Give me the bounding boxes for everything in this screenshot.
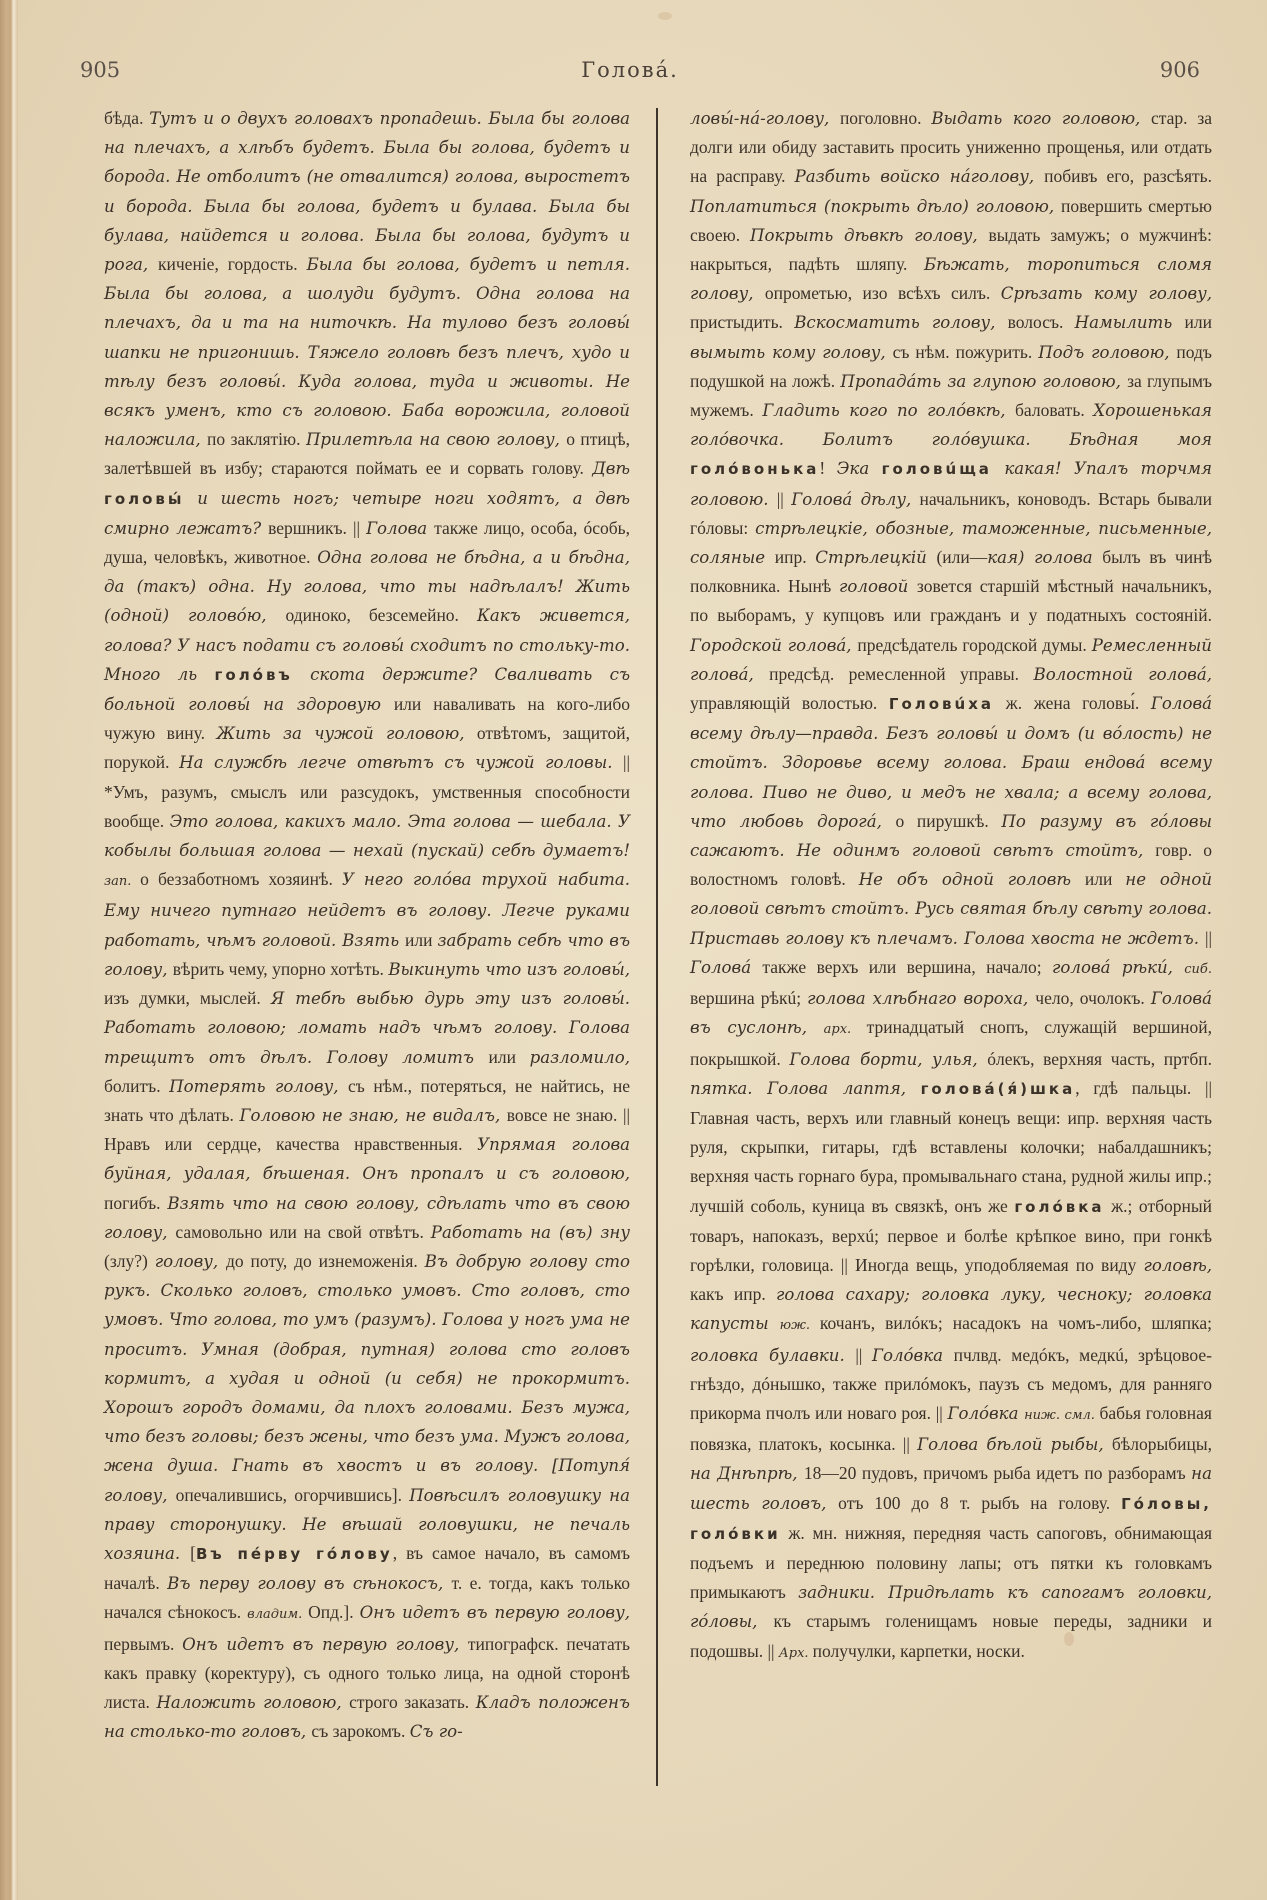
example-phrase: Подъ головою, <box>1038 343 1176 362</box>
example-phrase: разломило, <box>530 1048 630 1067</box>
example-phrase: Работать на (въ) зну <box>431 1223 630 1242</box>
definition-text: Опд.]. <box>308 1602 360 1622</box>
example-phrase: головá рѣкú, <box>1052 958 1184 977</box>
definition-text: предсѣдатель городской думы. <box>857 635 1091 655</box>
example-phrase: Въ перву голову въ сѣнокосъ, <box>167 1574 451 1593</box>
region-abbreviation: сиб. <box>1184 962 1212 977</box>
headword: голóвонька <box>690 460 819 478</box>
definition-text: бѣлорыбицы, <box>1112 1434 1212 1454</box>
definition-text: ж. жена головы́. <box>994 693 1151 713</box>
example-phrase: Двѣ <box>592 459 630 478</box>
example-phrase: Выдать кого головою, <box>931 109 1151 128</box>
definition-text: опечалившись, огорчившись]. <box>176 1485 410 1505</box>
definition-text: баловать. <box>1015 400 1093 420</box>
example-phrase: Не объ одной головѣ <box>859 870 1085 889</box>
definition-text: óлекъ, верхняя часть, <box>987 1049 1164 1069</box>
example-phrase: Была бы голова, будетъ и петля. Была бы … <box>104 255 630 449</box>
example-phrase: Поплатиться (покрыть дѣло) головою, <box>690 197 1061 216</box>
example-phrase: Жить за чужой головою, <box>217 724 477 743</box>
definition-text: одиноко, безсемейно. <box>285 605 477 625</box>
example-phrase: голову, <box>155 1252 226 1271</box>
left-column-text: бѣда. Тутъ и о двухъ головахъ пропадешь.… <box>104 104 630 1746</box>
definition-text: пртбп. <box>1164 1049 1212 1069</box>
example-phrase: Голова бѣлой рыбы, <box>917 1435 1112 1454</box>
headword: головы́ <box>104 490 185 508</box>
example-phrase: Голова <box>366 519 434 538</box>
definition-text: о беззаботномъ хозяинѣ. <box>140 869 342 889</box>
headword: головúща <box>882 460 992 478</box>
example-phrase: Наложить головою, <box>156 1693 349 1712</box>
definition-text: ! <box>819 458 836 478</box>
definition-text: или <box>488 1047 529 1067</box>
example-phrase: на Днѣпрѣ, <box>690 1464 804 1483</box>
running-title: Голова́. <box>80 58 1180 82</box>
example-phrase: головѣ, <box>1143 1256 1212 1275</box>
definition-text: по заклятію. <box>207 429 306 449</box>
definition-text: кичeнie, гордость. <box>158 254 307 274</box>
definition-text: || <box>1205 928 1212 948</box>
example-phrase: Стрѣлецкій <box>815 548 936 567</box>
headword: головá(я́)шка <box>921 1080 1076 1098</box>
example-phrase: На службѣ легче отвѣтъ съ чужой головы. <box>179 753 623 772</box>
definition-text: отъ 100 до 8 т. рыбъ на голову. <box>838 1493 1121 1513</box>
definition-text: вѣрить чему, упорно хотѣть. <box>173 959 389 979</box>
definition-text: поголовно. <box>840 108 931 128</box>
example-phrase: пятка. Голова лаптя, <box>690 1079 921 1098</box>
example-phrase: Головá дѣлу, <box>791 490 919 509</box>
page-binding-edge <box>0 0 18 1900</box>
definition-text: погибъ. <box>104 1193 167 1213</box>
example-phrase: кая) голова <box>987 548 1102 567</box>
definition-text: первымъ. <box>104 1634 182 1654</box>
definition-text: до поту, до изнеможенія. <box>226 1251 425 1271</box>
definition-text: вершникъ. || <box>268 518 366 538</box>
example-phrase: Пропадáть за глупою головою, <box>840 372 1127 391</box>
definition-text: съ нѣм. пожурить. <box>893 342 1039 362</box>
running-header: 905 Голова́. 906 <box>80 58 1180 90</box>
region-abbreviation: зап. <box>104 874 140 889</box>
region-abbreviation: ниж. смл. <box>1024 1408 1099 1423</box>
definition-text: съ зарокомъ. <box>311 1721 409 1741</box>
definition-text: 18—20 пудовъ, причомъ рыба идетъ по разб… <box>804 1463 1191 1483</box>
example-phrase: Въ добрую голову сто рукъ. Сколько голов… <box>104 1252 630 1505</box>
definition-text: также верхъ или вершина, начало; <box>762 957 1052 977</box>
definition-text: (или— <box>936 547 987 567</box>
right-column-text: ловы́-нá-голову, поголовно. Выдать кого … <box>690 104 1212 1668</box>
paper-stain <box>658 12 672 20</box>
example-phrase: Эка <box>837 459 882 478</box>
headword: голóвъ <box>215 666 293 684</box>
definition-text: (злу?) <box>104 1251 155 1271</box>
example-phrase: Покрыть дѣвкѣ голову, <box>750 226 989 245</box>
example-phrase: Разбить войско нáголову, <box>795 167 1045 186</box>
example-phrase: Городской головá, <box>690 636 857 655</box>
definition-text: какъ ипр. <box>690 1284 776 1304</box>
example-phrase: Потерять голову, <box>169 1077 348 1096</box>
example-phrase: Выкинуть что изъ головы́, <box>388 960 630 979</box>
left-column: бѣда. Тутъ и о двухъ головахъ пропадешь.… <box>104 104 630 1746</box>
example-phrase: Прилетѣла на свою голову, <box>306 430 566 449</box>
example-phrase: Головá <box>690 958 762 977</box>
headword: Головúха <box>889 695 994 713</box>
definition-text: || <box>855 1345 872 1365</box>
example-phrase: Головою не знаю, не видалъ, <box>239 1106 506 1125</box>
example-phrase: Онъ идетъ въ первую голову, <box>182 1635 468 1654</box>
example-phrase: Онъ идетъ въ первую голову, <box>360 1603 630 1622</box>
example-phrase: головой <box>839 577 917 596</box>
definition-text: волосъ. <box>1008 312 1075 332</box>
region-abbreviation: арх. <box>824 1022 867 1037</box>
definition-text: ипр. <box>775 547 816 567</box>
example-phrase: Вскосматить голову, <box>794 313 1007 332</box>
example-phrase: вымыть кому голову, <box>690 343 893 362</box>
example-phrase: Волостной головá, <box>1034 665 1212 684</box>
example-phrase: голова хлѣбнаго вороха, <box>807 989 1035 1008</box>
definition-text: строго заказать. <box>349 1692 476 1712</box>
definition-text: управляющій волостью. <box>690 693 889 713</box>
definition-text: бѣда. <box>104 108 149 128</box>
definition-text: || <box>777 489 791 509</box>
definition-text: кочанъ, вилóкъ; насадокъ на чомъ-либо, ш… <box>820 1313 1212 1333</box>
headword: Въ пéрву гóлову <box>196 1545 393 1563</box>
definition-text: изъ думки, мыслей. <box>104 988 271 1008</box>
region-abbreviation: Арх. <box>779 1646 813 1661</box>
example-phrase: ловы́-нá-голову, <box>690 109 840 128</box>
example-phrase: головка булавки. <box>690 1346 855 1365</box>
example-phrase: Срѣзать кому голову, <box>1001 284 1212 303</box>
definition-text: предсѣд. ремесленной управы. <box>769 664 1033 684</box>
definition-text: или <box>1085 869 1125 889</box>
region-abbreviation: юж. <box>780 1318 820 1333</box>
example-phrase: Гладить кого по голóвкѣ, <box>762 401 1015 420</box>
example-phrase: Голóвка <box>947 1404 1024 1423</box>
definition-text: самовольно или на свой отвѣтъ. <box>175 1222 430 1242</box>
definition-text: о пирушкѣ. <box>895 811 1001 831</box>
definition-text: или <box>1185 312 1212 332</box>
column-divider-rule <box>656 108 658 1786</box>
definition-text: чело, очолокъ. <box>1035 988 1151 1008</box>
example-phrase: Голова борти, улья, <box>789 1050 987 1069</box>
page-number-right: 906 <box>1160 58 1200 82</box>
headword: голóвка <box>1014 1198 1104 1216</box>
example-phrase: Тутъ и о двухъ головахъ пропадешь. Была … <box>104 109 630 274</box>
definition-text: или <box>405 930 437 950</box>
definition-text: болитъ. <box>104 1076 169 1096</box>
definition-text: вершина рѣкú; <box>690 988 807 1008</box>
definition-text: пристыдить. <box>690 312 794 332</box>
example-phrase: Намылить <box>1075 313 1185 332</box>
definition-text: опрометью, изо всѣхъ силъ. <box>765 283 1001 303</box>
example-phrase: Это голова, какихъ мало. Эта голова — ше… <box>104 812 630 860</box>
right-column: ловы́-нá-голову, поголовно. Выдать кого … <box>690 104 1212 1668</box>
region-abbreviation: владим. <box>247 1607 308 1622</box>
example-phrase: Съ го- <box>410 1722 463 1741</box>
definition-text: побивъ его, разсѣять. <box>1044 166 1212 186</box>
definition-text: получулки, карпетки, носки. <box>813 1641 1025 1661</box>
example-phrase: Голóвка <box>872 1346 954 1365</box>
